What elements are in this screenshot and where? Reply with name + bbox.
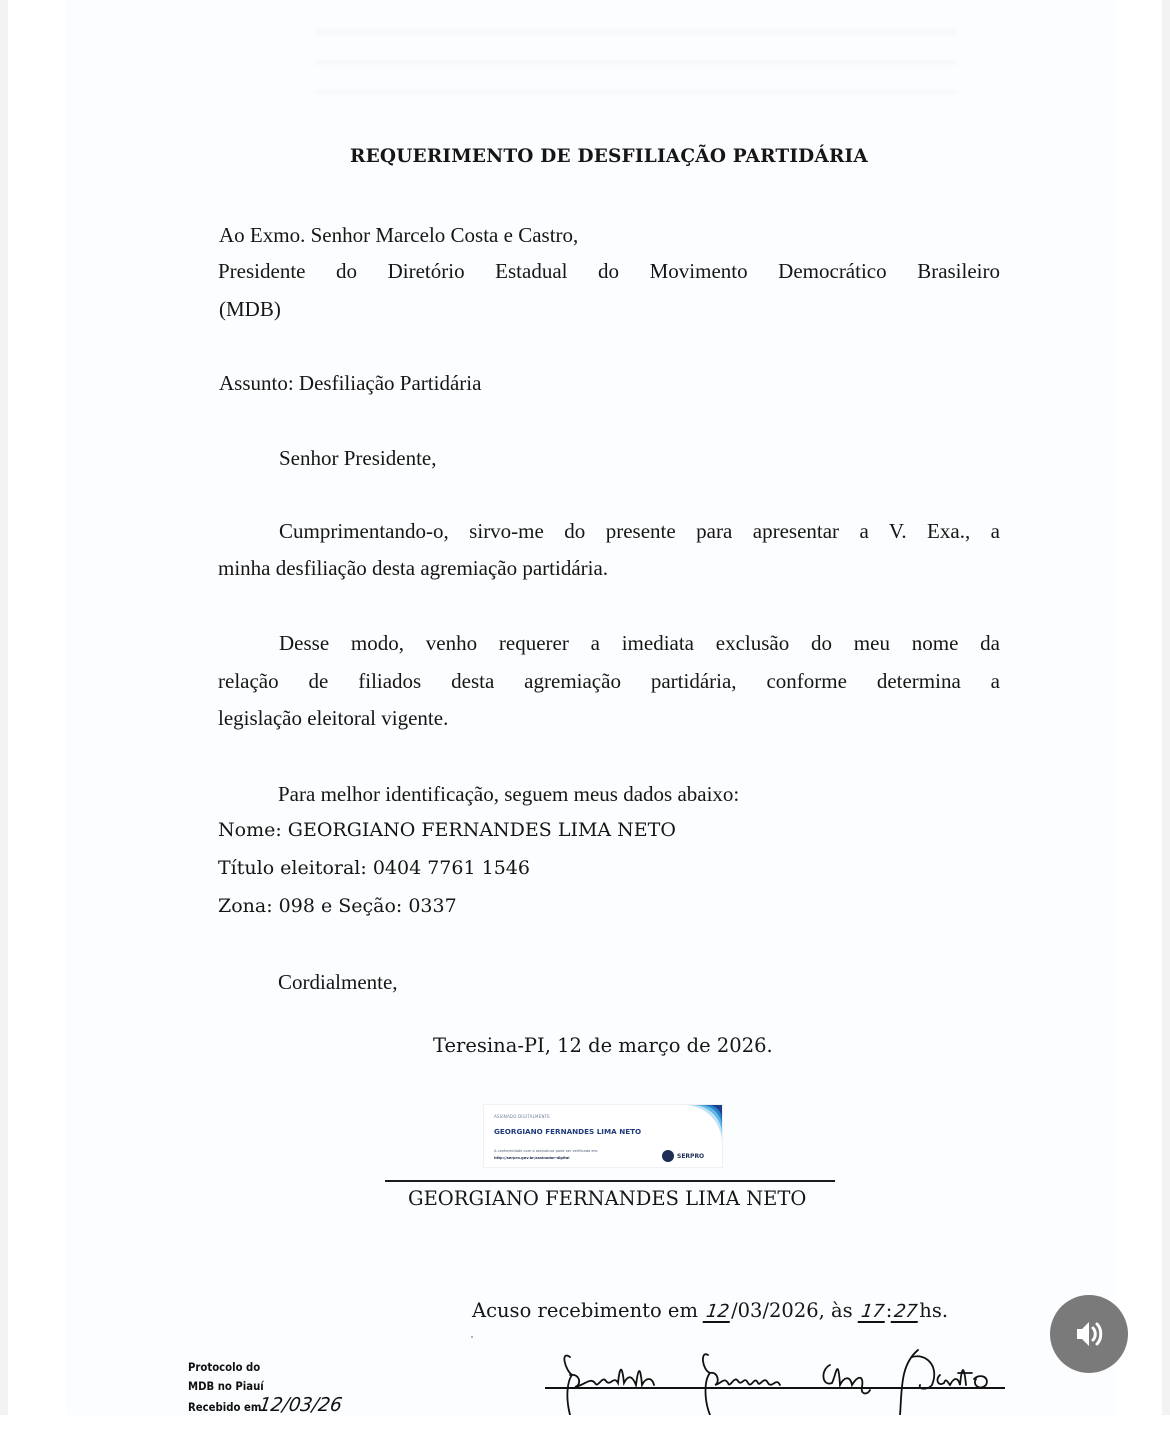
paragraph-1-line-1: Cumprimentando-o, sirvo-me do presente p… <box>279 521 1000 542</box>
identification-voter-title: Título eleitoral: 0404 7761 1546 <box>218 859 530 878</box>
protocol-received-label: Recebido em <box>188 1400 261 1414</box>
identification-zone-section: Zona: 098 e Seção: 0337 <box>218 897 457 916</box>
digital-signature-stamp: ASSINADO DIGITALMENTE GEORGIANO FERNANDE… <box>483 1104 723 1168</box>
serpro-logo: SERPRO <box>662 1150 704 1162</box>
protocol-line-1: Protocolo do <box>188 1358 338 1377</box>
protocol-date-handwritten: 12/03/26 <box>258 1396 344 1417</box>
receiver-handwritten-signature: Rosenilda Ferreira dos Santos <box>540 1345 1010 1415</box>
scan-speck <box>471 1336 473 1338</box>
serpro-logo-text: SERPRO <box>677 1153 704 1160</box>
addressee-line-2: Presidente do Diretório Estadual do Movi… <box>218 261 1000 282</box>
stamp-verify-text: A conformidade com a assinatura pode ser… <box>494 1149 598 1153</box>
receipt-minute-handwritten: 27 <box>891 1303 921 1323</box>
bleed-through-text <box>316 18 956 113</box>
salutation: Senhor Presidente, <box>279 448 436 469</box>
paragraph-2-line-1-text: Desse modo, venho requerer a imediata ex… <box>279 631 1000 655</box>
addressee-line-2-text: Presidente do Diretório Estadual do Movi… <box>218 259 1000 283</box>
paragraph-1-line-2: minha desfiliação desta agremiação parti… <box>218 558 608 579</box>
receipt-date-rest: /03/2026, às <box>731 1299 859 1322</box>
stamp-corner-graphic <box>684 1105 722 1143</box>
audio-button[interactable] <box>1050 1295 1128 1373</box>
receipt-prefix: Acuso recebimento em <box>472 1299 704 1322</box>
speaker-icon <box>1071 1316 1107 1352</box>
receipt-suffix: hs. <box>919 1299 948 1322</box>
paragraph-2-line-3: legislação eleitoral vigente. <box>218 708 448 729</box>
paragraph-2-line-2-text: relação de filiados desta agremiação par… <box>218 669 1000 693</box>
paragraph-2-line-1: Desse modo, venho requerer a imediata ex… <box>279 633 1000 654</box>
document-title: REQUERIMENTO DE DESFILIAÇÃO PARTIDÁRIA <box>350 148 868 167</box>
paragraph-1-line-1-text: Cumprimentando-o, sirvo-me do presente p… <box>279 519 1000 543</box>
identification-name: Nome: GEORGIANO FERNANDES LIMA NETO <box>218 821 676 840</box>
bottom-strip <box>0 1415 1170 1447</box>
signer-name: GEORGIANO FERNANDES LIMA NETO <box>408 1187 806 1210</box>
stamp-label: ASSINADO DIGITALMENTE <box>494 1114 550 1119</box>
receipt-acknowledgement: Acuso recebimento em 12/03/2026, às 17:2… <box>472 1299 948 1323</box>
identification-intro: Para melhor identificação, seguem meus d… <box>278 784 739 805</box>
stamp-verify-url: http://serpro.gov.br/assinador-digital <box>494 1156 569 1160</box>
protocol-line-3: Recebido em12/03/26 <box>188 1396 338 1417</box>
addressee-line-1: Ao Exmo. Senhor Marcelo Costa e Castro, <box>219 225 578 246</box>
receipt-day-handwritten: 12 <box>703 1303 733 1323</box>
serpro-logo-icon <box>662 1150 674 1162</box>
subject-line: Assunto: Desfiliação Partidária <box>219 373 481 394</box>
receipt-hour-handwritten: 17 <box>857 1303 887 1323</box>
protocol-stamp: Protocolo do MDB no Piauí Recebido em12/… <box>188 1358 338 1417</box>
closing: Cordialmente, <box>278 972 398 993</box>
addressee-line-3: (MDB) <box>219 299 281 320</box>
place-date: Teresina-PI, 12 de março de 2026. <box>433 1036 773 1056</box>
signature-line <box>385 1180 835 1182</box>
paragraph-2-line-2: relação de filiados desta agremiação par… <box>218 671 1000 692</box>
stamp-signer-name: GEORGIANO FERNANDES LIMA NETO <box>494 1127 641 1136</box>
